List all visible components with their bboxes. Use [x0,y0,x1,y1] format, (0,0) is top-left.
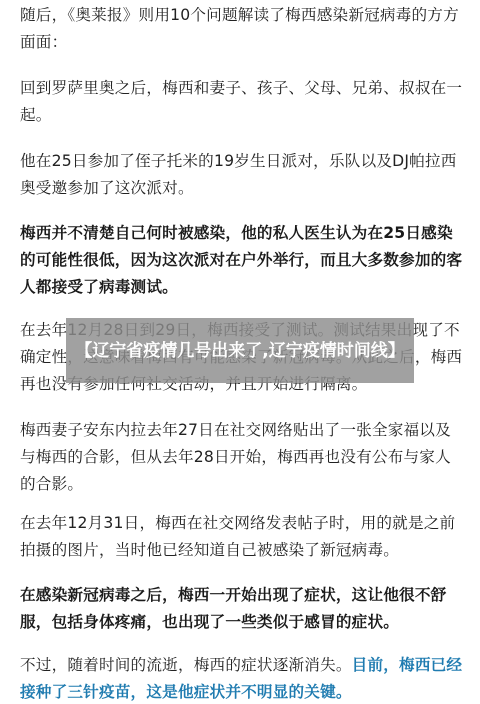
paragraph-dec31-post: 在去年12月31日，梅西在社交网络发表帖子时，用的就是之前拍摄的图片，当时他已经… [20,510,464,564]
overlay-title: 【辽宁省疫情几号出来了,辽宁疫情时间线】 [75,339,405,363]
paragraph-symptoms: 在感染新冠病毒之后，梅西一开始出现了症状，这让他很不舒服，包括身体疼痛，也出现了… [20,582,464,636]
title-overlay-banner: 【辽宁省疫情几号出来了,辽宁疫情时间线】 [66,318,414,383]
paragraph-infection-unknown: 梅西并不清楚自己何时被感染，他的私人医生认为在25日感染的可能性很低，因为这次派… [20,220,464,301]
paragraph-party: 他在25日参加了侄子托米的19岁生日派对，乐队以及DJ帕拉西奥受邀参加了这次派对… [20,148,464,202]
paragraph-intro: 随后，《奥莱报》则用10个问题解读了梅西感染新冠病毒的方方面面： [20,2,464,56]
paragraph-wife-post: 梅西妻子安东内拉去年27日在社交网络贴出了一张全家福以及与梅西的合影，但从去年2… [20,417,464,498]
recovery-text: 不过，随着时间的流逝，梅西的症状逐渐消失。 [20,656,352,674]
paragraph-family: 回到罗萨里奥之后，梅西和妻子、孩子、父母、兄弟、叔叔在一起。 [20,75,464,129]
paragraph-recovery: 不过，随着时间的流逝，梅西的症状逐渐消失。目前，梅西已经接种了三针疫苗，这是他症… [20,652,464,704]
